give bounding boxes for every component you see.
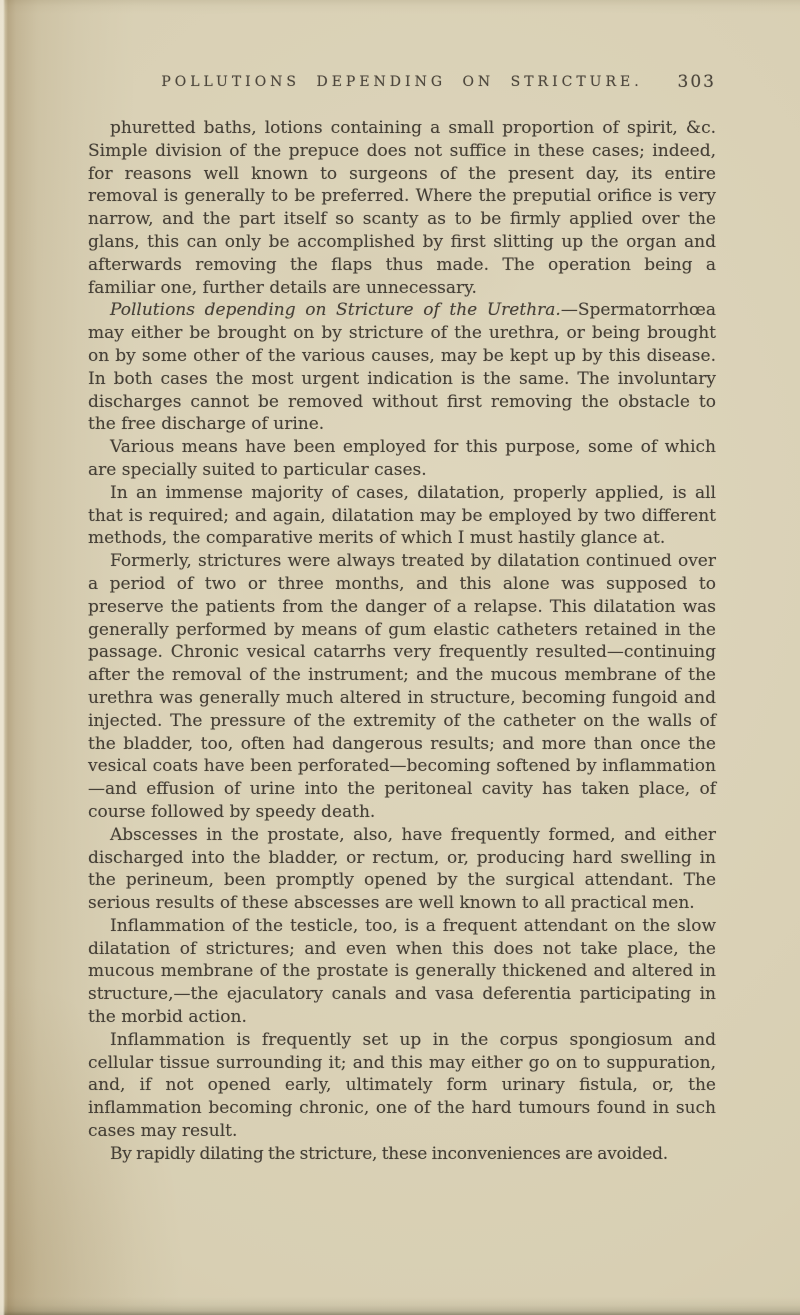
paragraph-3: Various means have been employed for thi… [88, 436, 716, 482]
paragraph-6: Abscesses in the prostate, also, have fr… [88, 824, 716, 915]
paragraph-2-italic-lead: Pollutions depending on Stricture of the… [110, 300, 561, 320]
scanned-book-page: POLLUTIONS DEPENDING ON STRICTURE. 303 p… [0, 0, 800, 1315]
page-number: 303 [678, 72, 716, 92]
paragraph-7: Inflammation of the testicle, too, is a … [88, 915, 716, 1029]
running-head: POLLUTIONS DEPENDING ON STRICTURE. [88, 74, 716, 90]
paragraph-8: Inflammation is frequently set up in the… [88, 1029, 716, 1143]
paragraph-2-rest: —Spermatorrhœa may either be brought on … [88, 300, 716, 434]
paragraph-1: phuretted baths, lotions containing a sm… [88, 117, 716, 299]
page-header: POLLUTIONS DEPENDING ON STRICTURE. 303 [88, 74, 716, 96]
page-body: phuretted baths, lotions containing a sm… [88, 117, 716, 1166]
paragraph-5: Formerly, strictures were always treated… [88, 550, 716, 824]
paragraph-9: By rapidly dilating the stricture, these… [88, 1143, 716, 1166]
paragraph-2: Pollutions depending on Stricture of the… [88, 299, 716, 436]
paragraph-4: In an immense majority of cases, dilatat… [88, 482, 716, 550]
